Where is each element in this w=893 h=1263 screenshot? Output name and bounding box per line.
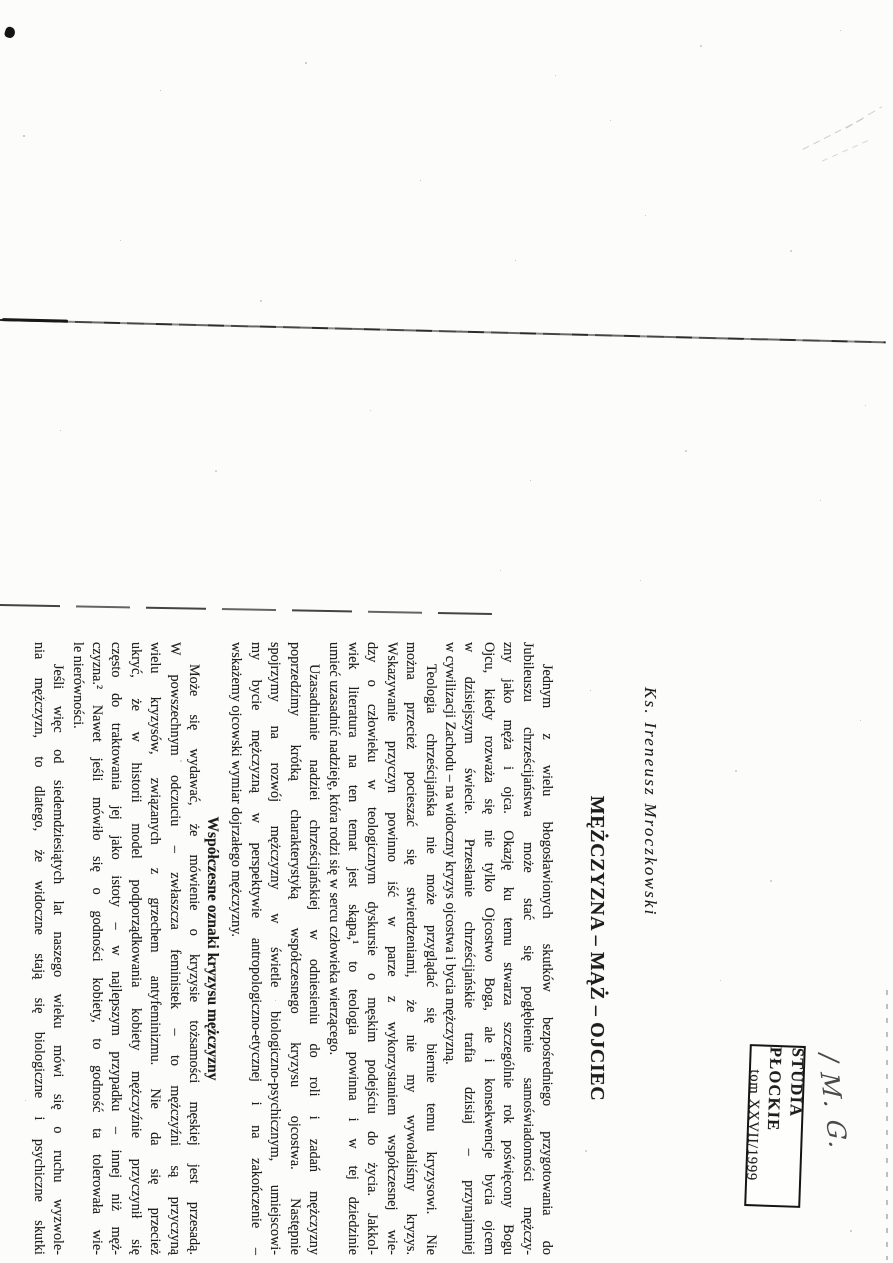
text-line: Jednym z wielu błogosławionych skutków b…	[537, 642, 556, 1255]
dust-speck	[820, 500, 821, 501]
text-line: nia mężczyzn, to dlatego, że widoczne st…	[28, 642, 47, 1255]
dust-speck	[700, 45, 702, 47]
journal-stamp: STUDIA PŁOCKIE tom XXVII/1999	[744, 1044, 806, 1208]
text-line: Jubileuszu chrześcijaństwa może stać się…	[517, 642, 536, 1255]
dust-speck	[515, 260, 516, 261]
text-line: wskażemy ojcowski wymiar dojrzałego mężc…	[226, 642, 245, 1255]
text-line: Teologia chrześcijańska nie może przyglą…	[420, 642, 439, 1255]
dust-speck	[260, 300, 262, 302]
text-line: w cywilizacji Zachodu – na widoczny kryz…	[440, 642, 459, 1255]
article-body: Jednym z wielu błogosławionych skutków b…	[28, 642, 556, 1255]
dust-speck	[160, 90, 161, 91]
text-line: w dzisiejszym świecie. Przesłanie chrześ…	[459, 642, 478, 1255]
article-author: Ks. Ireneusz Mroczkowski	[640, 687, 660, 1255]
page-edge-dots	[886, 990, 888, 1260]
dust-speck	[25, 1100, 26, 1101]
text-line: Ojcu, kiedy rozważa się nie tylko Ojcost…	[478, 642, 497, 1255]
dust-speck	[500, 570, 501, 571]
dust-speck	[555, 75, 556, 76]
section-heading: Współczesne oznaki kryzysu mężczyzny	[203, 642, 221, 1255]
text-line: poprzedzimy krótką charakterystyką współ…	[284, 642, 303, 1255]
text-line: le nierówności.	[67, 642, 86, 1255]
text-line: wielu kryzysów, związanych z grzechem an…	[145, 642, 164, 1255]
dust-speck	[305, 62, 307, 64]
dust-speck	[860, 720, 861, 721]
dust-speck	[645, 215, 646, 216]
dust-speck	[640, 580, 641, 581]
dust-speck	[95, 950, 97, 952]
dust-speck	[720, 980, 721, 981]
text-line: czyzna.² Nawet jeśli mówiło się o godnoś…	[87, 642, 106, 1255]
stamp-volume-year: tom XXVII/1999	[742, 1069, 765, 1181]
dust-speck	[370, 410, 371, 411]
dust-speck	[60, 430, 61, 431]
text-line: można przecież pocieszać się stwierdzeni…	[401, 642, 420, 1255]
dust-speck	[530, 480, 531, 481]
dust-speck	[45, 700, 46, 701]
text-line: Wskazywanie przyczyn powinno iść w parze…	[381, 642, 400, 1255]
text-line: spojrzymy na rozwój mężczyzny w świetle …	[265, 642, 284, 1255]
text-line: zny jako męża i ojca. Okazję ku temu stw…	[498, 642, 517, 1255]
dust-speck	[790, 250, 792, 252]
scanned-page: STUDIA PŁOCKIE tom XXVII/1999 M. G. Ks. …	[0, 0, 893, 1263]
paragraph: Teologia chrześcijańska nie może przyglą…	[323, 642, 439, 1255]
text-line: dzy o człowieku w teologicznym dyskursie…	[362, 642, 381, 1255]
dust-speck	[590, 690, 591, 691]
dust-speck	[865, 405, 866, 406]
text-line: Uzasadnianie nadziei chrześcijańskiej w …	[304, 642, 323, 1255]
dust-speck	[840, 30, 841, 31]
paragraph: Może się wydawać, że mówienie o kryzysie…	[67, 642, 203, 1255]
text-line: ukryć, że w historii model podporządkowa…	[125, 642, 144, 1255]
dust-speck	[180, 760, 182, 762]
article-column: Ks. Ireneusz Mroczkowski MĘŻCZYZNA – MĄŻ…	[28, 642, 660, 1255]
paragraph: Uzasadnianie nadziei chrześcijańskiej w …	[226, 642, 323, 1255]
dust-speck	[215, 470, 217, 472]
text-line: my bycie mężczyzną w perspektywie antrop…	[246, 642, 265, 1255]
paragraph: Jednym z wielu błogosławionych skutków b…	[440, 642, 556, 1255]
paragraph: Jeśli więc od siedemdziesiątych lat nasz…	[28, 642, 67, 1255]
article-title: MĘŻCZYZNA – MĄŻ – OJCIEC	[584, 642, 609, 1255]
text-line: często do traktowania jej jako istoty – …	[106, 642, 125, 1255]
dust-speck	[23, 135, 25, 137]
dust-speck	[610, 120, 611, 121]
dust-speck	[685, 450, 687, 452]
dust-speck	[335, 730, 336, 731]
dust-speck	[770, 880, 772, 882]
dust-speck	[430, 1080, 431, 1081]
dust-speck	[585, 1150, 587, 1152]
text-line: wiek literatura na ten temat jest skąpa,…	[343, 642, 362, 1255]
dust-speck	[300, 880, 301, 881]
dust-speck	[420, 180, 421, 181]
dust-speck	[275, 1000, 276, 1001]
handwritten-mark: M. G.	[803, 1071, 855, 1162]
text-line: Jeśli więc od siedemdziesiątych lat nasz…	[48, 642, 67, 1255]
stamp-journal-name: STUDIA PŁOCKIE	[760, 1047, 809, 1206]
text-line: umieć uzasadnić nadzieję, która rodzi si…	[323, 642, 342, 1255]
dust-speck	[120, 240, 121, 241]
text-line: Może się wydawać, że mówienie o kryzysie…	[184, 642, 203, 1255]
text-line: W powszechnym odczuciu – zwłaszcza femin…	[164, 642, 183, 1255]
dust-speck	[850, 1230, 852, 1232]
dust-speck	[735, 770, 737, 772]
document-content: STUDIA PŁOCKIE tom XXVII/1999 M. G. Ks. …	[0, 0, 893, 1263]
